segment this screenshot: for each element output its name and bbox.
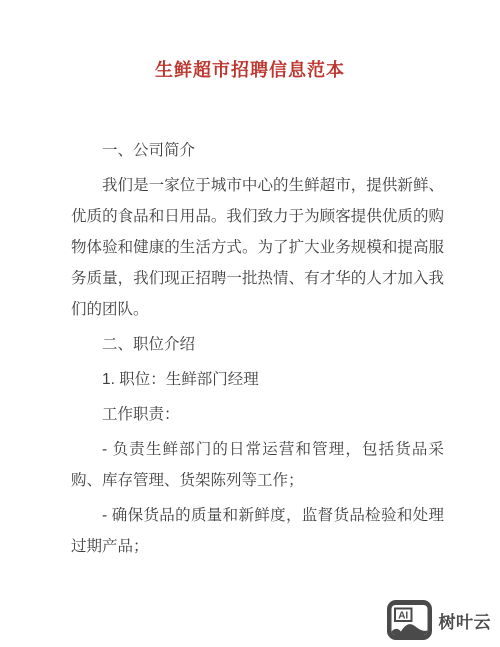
paragraph-duty-item-1: - 负责生鲜部门的日常运营和管理，包括货品采购、库存管理、货架陈列等工作； [71, 434, 444, 496]
paragraph-duty-item-2: - 确保货品的质量和新鲜度，监督货品检验和处理过期产品； [71, 500, 444, 562]
ai-image-icon: AI [387, 600, 432, 640]
section-heading-company-intro: 一、公司简介 [71, 135, 444, 166]
document-page: 生鲜超市招聘信息范本 一、公司简介 我们是一家位于城市中心的生鲜超市，提供新鲜、… [0, 0, 500, 647]
paragraph-duties-label: 工作职责： [71, 399, 444, 430]
section-heading-position-intro: 二、职位介绍 [71, 329, 444, 360]
watermark-logo: AI 树叶云 [387, 600, 492, 640]
document-title: 生鲜超市招聘信息范本 [0, 0, 500, 83]
watermark-brand-text: 树叶云 [439, 608, 492, 633]
document-body: 一、公司简介 我们是一家位于城市中心的生鲜超市，提供新鲜、优质的食品和日用品。我… [0, 83, 500, 562]
paragraph-position-name: 1. 职位：生鲜部门经理 [71, 364, 444, 395]
ai-icon-label: AI [398, 610, 408, 621]
paragraph-company-intro: 我们是一家位于城市中心的生鲜超市，提供新鲜、优质的食品和日用品。我们致力于为顾客… [71, 170, 444, 325]
